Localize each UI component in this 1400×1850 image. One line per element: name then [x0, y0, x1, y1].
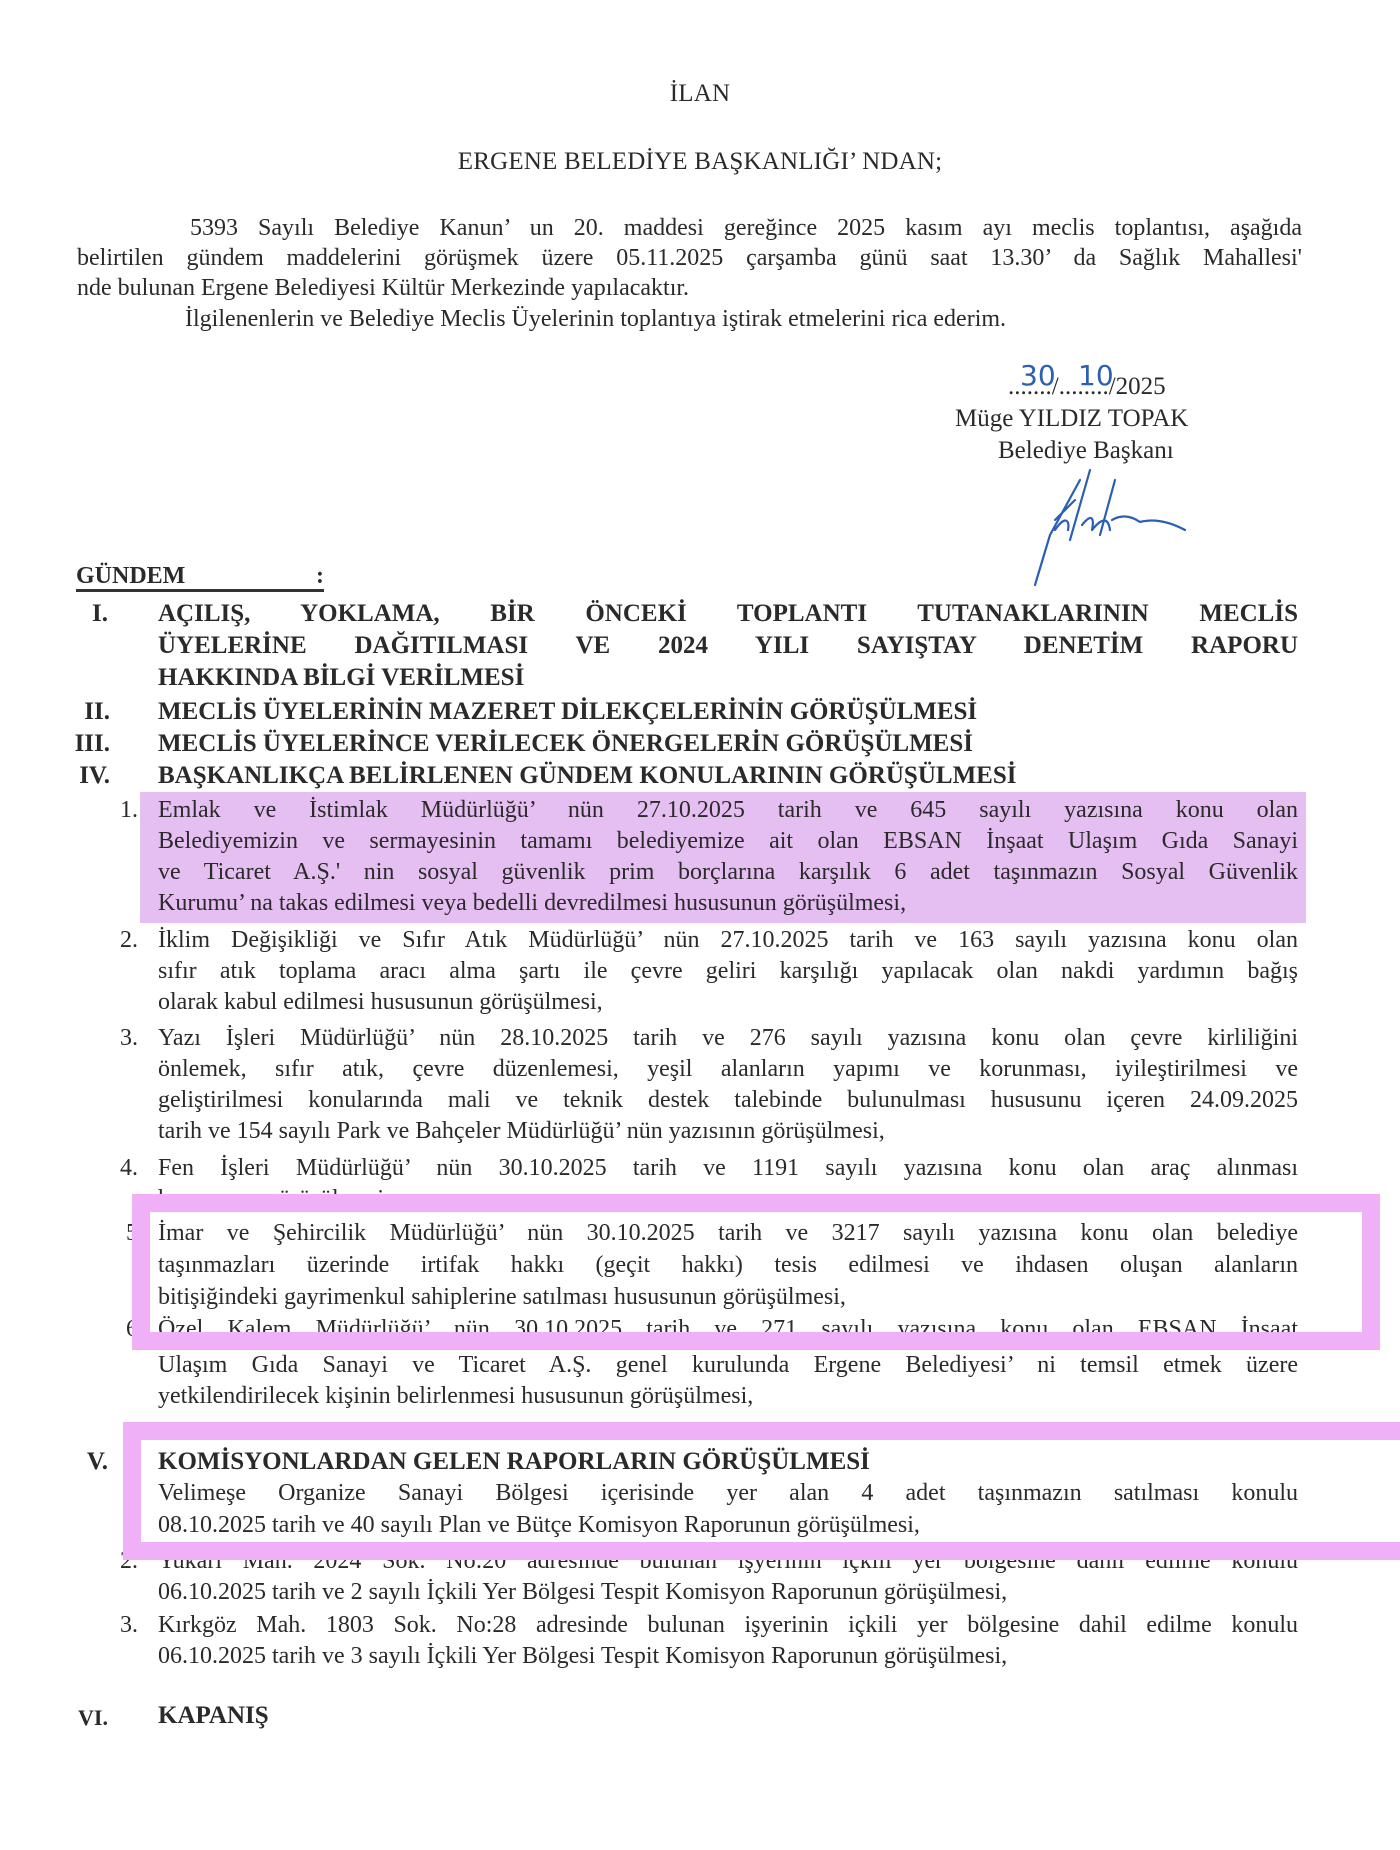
item-iv-3-line-3: geliştirilmesi konularında mali ve tekni…: [158, 1087, 1298, 1114]
section-i-line-3: HAKKINDA BİLGİ VERİLMESİ: [158, 664, 524, 692]
item-iv-6-line-2: Ulaşım Gıda Sanayi ve Ticaret A.Ş. genel…: [158, 1352, 1298, 1379]
section-vi-title: KAPANIŞ: [158, 1702, 269, 1730]
handwritten-month: 10: [1078, 359, 1114, 392]
item-iv-2-line-1: İklim Değişikliği ve Sıfır Atık Müdürlüğ…: [158, 927, 1298, 954]
item-iv-6-line-3: yetkilendirilecek kişinin belirlenmesi h…: [158, 1383, 753, 1410]
section-ii-title: MECLİS ÜYELERİNİN MAZERET DİLEKÇELERİNİN…: [158, 698, 977, 726]
item-iv-1-line-2: Belediyemizin ve sermayesinin tamamı bel…: [158, 828, 1298, 855]
agenda-label-colon: :: [316, 563, 324, 589]
intro-line-3: nde bulunan Ergene Belediyesi Kültür Mer…: [77, 275, 689, 302]
signatory-name: Müge YILDIZ TOPAK: [955, 405, 1188, 433]
item-iv-1-line-4: Kurumu’ na takas edilmesi veya bedelli d…: [158, 890, 906, 917]
issuer-heading: ERGENE BELEDİYE BAŞKANLIĞI’ NDAN;: [0, 148, 1400, 176]
section-iii-title: MECLİS ÜYELERİNCE VERİLECEK ÖNERGELERİN …: [158, 730, 973, 758]
section-numeral-ii: II.: [50, 698, 110, 726]
handwritten-day: 30: [1020, 359, 1056, 392]
section-numeral-i: I.: [48, 600, 108, 628]
item-iv-4-number: 4.: [108, 1155, 138, 1182]
handwritten-signature-icon: [1020, 460, 1220, 590]
item-iv-1-line-1: Emlak ve İstimlak Müdürlüğü’ nün 27.10.2…: [158, 797, 1298, 824]
item-iv-2-line-2: sıfır atık toplama aracı alma şartı ile …: [158, 958, 1298, 985]
intro-line-1: 5393 Sayılı Belediye Kanun’ un 20. madde…: [190, 215, 1302, 242]
item-iv-3-line-4: tarih ve 154 sayılı Park ve Bahçeler Müd…: [158, 1118, 885, 1145]
item-v-3-number: 3.: [108, 1612, 138, 1639]
section-numeral-iv: IV.: [50, 762, 110, 790]
item-iv-4-line-1: Fen İşleri Müdürlüğü’ nün 30.10.2025 tar…: [158, 1155, 1298, 1182]
section-i-line-2: ÜYELERİNE DAĞITILMASI VE 2024 YILI SAYIŞ…: [158, 632, 1298, 660]
item-iv-1-line-3: ve Ticaret A.Ş.' nin sosyal güvenlik pri…: [158, 859, 1298, 886]
agenda-label: GÜNDEM :: [76, 563, 324, 592]
document-title: İLAN: [0, 80, 1400, 108]
section-numeral-v: V.: [48, 1448, 108, 1476]
item-v-3-line-2: 06.10.2025 tarih ve 3 sayılı İçkili Yer …: [158, 1643, 1007, 1670]
item-iv-2-number: 2.: [108, 927, 138, 954]
section-iv-title: BAŞKANLIKÇA BELİRLENEN GÜNDEM KONULARINI…: [158, 762, 1016, 790]
item-iv-3-line-2: önlemek, sıfır atık, çevre düzenlemesi, …: [158, 1056, 1298, 1083]
frame-section-v: [123, 1422, 1400, 1560]
item-v-2-line-2: 06.10.2025 tarih ve 2 sayılı İçkili Yer …: [158, 1579, 1007, 1606]
section-numeral-iii: III.: [50, 730, 110, 758]
agenda-label-text: GÜNDEM: [76, 563, 185, 589]
item-iv-2-line-3: olarak kabul edilmesi hususunun görüşülm…: [158, 989, 603, 1016]
intro-line-4: İlgilenenlerin ve Belediye Meclis Üyeler…: [185, 306, 1006, 333]
item-iv-3-line-1: Yazı İşleri Müdürlüğü’ nün 28.10.2025 ta…: [158, 1025, 1298, 1052]
frame-item-iv-5: [132, 1194, 1380, 1350]
signature-date: ......./......../2025 30 10: [1008, 373, 1166, 401]
item-iv-1-number: 1.: [108, 797, 138, 824]
section-i-line-1: AÇILIŞ, YOKLAMA, BİR ÖNCEKİ TOPLANTI TUT…: [158, 600, 1298, 628]
intro-line-2: belirtilen gündem maddelerini görüşmek ü…: [77, 245, 1302, 272]
section-numeral-vi: VI.: [48, 1705, 108, 1731]
item-iv-3-number: 3.: [108, 1025, 138, 1052]
item-v-3-line-1: Kırkgöz Mah. 1803 Sok. No:28 adresinde b…: [158, 1612, 1298, 1639]
